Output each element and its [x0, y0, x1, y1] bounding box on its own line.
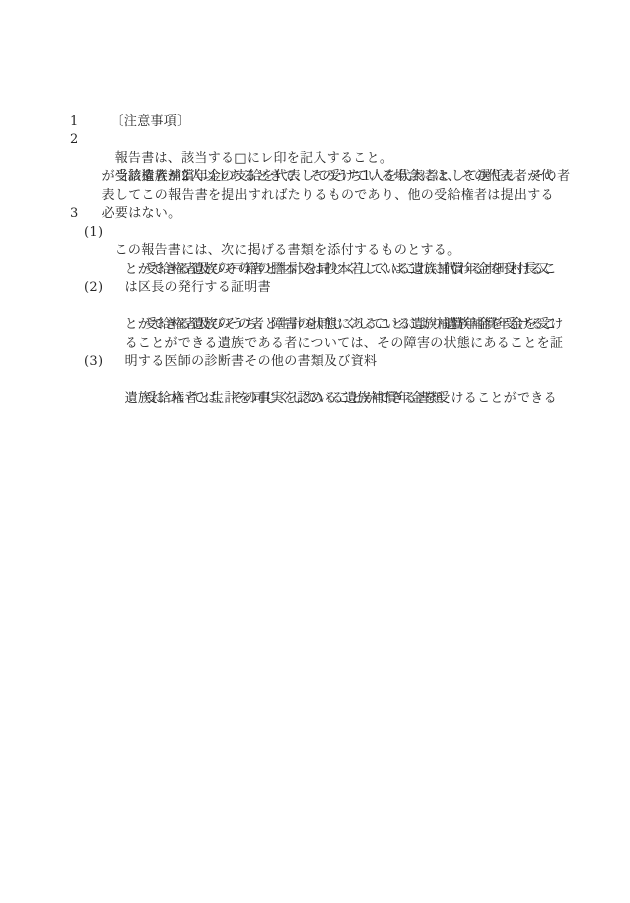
note-line: ることができる遺族である者については、その障害の状態にあることを証: [0, 316, 630, 335]
item-number: 2: [70, 131, 79, 150]
notes-header: 〔注意事項〕: [0, 94, 630, 113]
note-line-text: 遺族については、その事実を認めることができる書類: [125, 391, 444, 406]
item-number: 1: [70, 113, 79, 132]
document-page: 〔注意事項〕 1 報告書は、該当する□にレ印を記入すること。 2 受給権者が2人…: [0, 0, 630, 903]
note-item-2: 2 受給権者が2人以上あるときで、そのうち1人を代表者として選任し、その者: [0, 131, 630, 150]
sub-item-marker: (3): [84, 353, 103, 372]
sub-item-3: (3) 受給権者と生計を同じくしている遺族補償年金を受けることができる: [0, 353, 630, 372]
note-item-1: 1 報告書は、該当する□にレ印を記入すること。: [0, 113, 630, 132]
sub-item-marker: (2): [84, 279, 103, 298]
note-line: 明する医師の診断書その他の書類及び資料: [0, 335, 630, 354]
note-line: は区長の発行する証明書: [0, 261, 630, 280]
note-line: とができる遺族の戸籍の謄本又は抄本若しくはこれに代わる市町村長又: [0, 242, 630, 261]
sub-item-2: (2) 受給権者及びその者と生計を同じくしている遺族補償年金を受けるこ: [0, 279, 630, 298]
sub-item-marker: (1): [84, 224, 103, 243]
note-line: が当該遺族補償年金の支給を代表して受けている場合には、その代表者が代: [0, 150, 630, 169]
note-item-3: 3 この報告書には、次に掲げる書類を添付するものとする。: [0, 205, 630, 224]
note-line: 表してこの報告書を提出すればたりるものであり、他の受給権者は提出する: [0, 168, 630, 187]
note-line: 遺族については、その事実を認めることができる書類: [0, 372, 630, 391]
note-line: とができる遺族のうち、障害の状態にあることにより遺族補償年金を受け: [0, 298, 630, 317]
notes-section: 〔注意事項〕 1 報告書は、該当する□にレ印を記入すること。 2 受給権者が2人…: [0, 94, 630, 390]
note-line: 必要はない。: [0, 187, 630, 206]
item-number: 3: [70, 205, 79, 224]
sub-item-1: (1) 受給権者及びその者と生計を同じくしている遺族補償年金を受けるこ: [0, 224, 630, 243]
